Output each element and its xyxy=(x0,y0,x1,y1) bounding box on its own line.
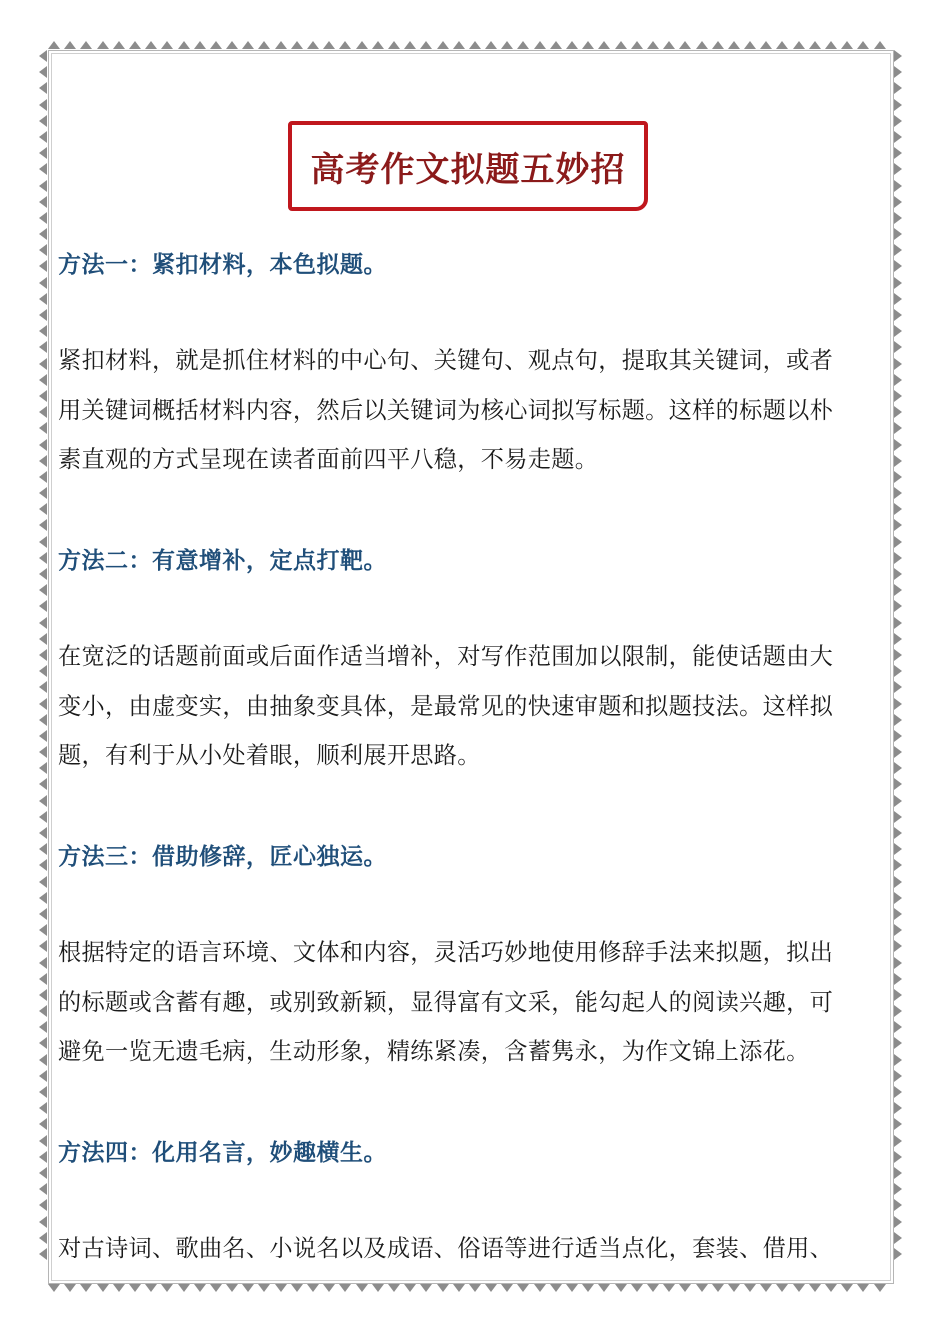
triangle-ornament-icon xyxy=(776,1284,788,1292)
triangle-ornament-icon xyxy=(39,1102,47,1114)
triangle-ornament-icon xyxy=(615,1284,627,1292)
triangle-ornament-icon xyxy=(647,41,659,49)
triangle-ornament-icon xyxy=(39,1135,47,1147)
triangle-ornament-icon xyxy=(453,1284,465,1292)
triangle-ornament-icon xyxy=(129,1284,141,1292)
triangle-ornament-icon xyxy=(39,649,47,661)
triangle-ornament-icon xyxy=(894,1151,902,1163)
triangle-ornament-icon xyxy=(857,1284,869,1292)
triangle-ornament-icon xyxy=(825,41,837,49)
triangle-ornament-icon xyxy=(39,681,47,693)
triangle-ornament-icon xyxy=(894,66,902,78)
triangle-ornament-icon xyxy=(113,1284,125,1292)
triangle-ornament-icon xyxy=(894,859,902,871)
triangle-ornament-icon xyxy=(39,503,47,515)
section-heading-4: 方法四：化用名言，妙趣横生。 xyxy=(58,1134,387,1167)
triangle-ornament-icon xyxy=(841,41,853,49)
triangle-ornament-icon xyxy=(307,41,319,49)
triangle-ornament-icon xyxy=(39,957,47,969)
triangle-ornament-icon xyxy=(894,131,902,143)
triangle-ornament-icon xyxy=(894,1054,902,1066)
triangle-ornament-icon xyxy=(39,843,47,855)
triangle-ornament-icon xyxy=(39,600,47,612)
triangle-ornament-icon xyxy=(372,1284,384,1292)
triangle-ornament-icon xyxy=(226,41,238,49)
triangle-ornament-icon xyxy=(39,1118,47,1130)
triangle-ornament-icon xyxy=(793,41,805,49)
triangle-ornament-icon xyxy=(39,633,47,645)
triangle-ornament-icon xyxy=(97,41,109,49)
triangle-ornament-icon xyxy=(894,584,902,596)
triangle-ornament-icon xyxy=(696,41,708,49)
triangle-ornament-icon xyxy=(39,827,47,839)
triangle-ornament-icon xyxy=(39,487,47,499)
triangle-ornament-icon xyxy=(582,1284,594,1292)
triangle-ornament-icon xyxy=(39,1054,47,1066)
triangle-ornament-icon xyxy=(663,41,675,49)
triangle-ornament-icon xyxy=(388,1284,400,1292)
triangle-ornament-icon xyxy=(129,41,141,49)
triangle-ornament-icon xyxy=(615,41,627,49)
triangle-ornament-icon xyxy=(894,163,902,175)
triangle-ornament-icon xyxy=(39,309,47,321)
triangle-ornament-icon xyxy=(39,536,47,548)
triangle-ornament-icon xyxy=(894,99,902,111)
triangle-ornament-icon xyxy=(39,82,47,94)
body-line: 变小，由虚变实，由抽象变具体，是最常见的快速审题和拟题技法。这样拟 xyxy=(58,682,888,732)
triangle-ornament-icon xyxy=(894,1070,902,1082)
triangle-ornament-icon xyxy=(894,924,902,936)
triangle-ornament-icon xyxy=(372,41,384,49)
triangle-ornament-icon xyxy=(894,325,902,337)
triangle-ornament-icon xyxy=(894,795,902,807)
triangle-ornament-icon xyxy=(39,940,47,952)
triangle-ornament-icon xyxy=(39,698,47,710)
triangle-ornament-icon xyxy=(39,277,47,289)
triangle-ornament-icon xyxy=(64,1284,76,1292)
body-line: 在宽泛的话题前面或后面作适当增补，对写作范围加以限制，能使话题由大 xyxy=(58,632,888,682)
triangle-ornament-icon xyxy=(894,309,902,321)
triangle-ornament-icon xyxy=(39,1216,47,1228)
triangle-ornament-icon xyxy=(744,41,756,49)
triangle-ornament-icon xyxy=(631,41,643,49)
triangle-ornament-icon xyxy=(894,973,902,985)
triangle-ornament-icon xyxy=(39,584,47,596)
triangle-ornament-icon xyxy=(39,422,47,434)
triangle-ornament-icon xyxy=(275,1284,287,1292)
triangle-ornament-icon xyxy=(388,41,400,49)
triangle-ornament-icon xyxy=(307,1284,319,1292)
triangle-ornament-icon xyxy=(178,41,190,49)
triangle-ornament-icon xyxy=(404,1284,416,1292)
section-body-1: 紧扣材料，就是抓住材料的中心句、关键句、观点句，提取其关键词，或者 用关键词概括… xyxy=(58,336,888,485)
triangle-ornament-icon xyxy=(894,698,902,710)
triangle-ornament-icon xyxy=(894,552,902,564)
triangle-ornament-icon xyxy=(894,1021,902,1033)
triangle-ornament-icon xyxy=(894,1248,902,1260)
body-line: 对古诗词、歌曲名、小说名以及成语、俗语等进行适当点化，套装、借用、 xyxy=(58,1224,888,1274)
triangle-ornament-icon xyxy=(39,795,47,807)
triangle-ornament-icon xyxy=(39,1248,47,1260)
triangle-ornament-icon xyxy=(39,973,47,985)
triangle-ornament-icon xyxy=(39,746,47,758)
triangle-ornament-icon xyxy=(39,471,47,483)
triangle-ornament-icon xyxy=(894,503,902,515)
triangle-ornament-icon xyxy=(647,1284,659,1292)
triangle-ornament-icon xyxy=(631,1284,643,1292)
triangle-ornament-icon xyxy=(485,1284,497,1292)
triangle-ornament-icon xyxy=(39,358,47,370)
triangle-ornament-icon xyxy=(894,358,902,370)
triangle-ornament-icon xyxy=(534,1284,546,1292)
triangle-ornament-icon xyxy=(39,1070,47,1082)
triangle-ornament-icon xyxy=(894,228,902,240)
triangle-ornament-icon xyxy=(242,1284,254,1292)
triangle-ornament-icon xyxy=(566,1284,578,1292)
triangle-ornament-icon xyxy=(210,41,222,49)
triangle-ornament-icon xyxy=(894,892,902,904)
triangle-ornament-icon xyxy=(39,1232,47,1244)
triangle-ornament-icon xyxy=(420,41,432,49)
triangle-ornament-icon xyxy=(894,341,902,353)
triangle-ornament-icon xyxy=(679,1284,691,1292)
triangle-ornament-icon xyxy=(39,1151,47,1163)
triangle-ornament-icon xyxy=(894,1086,902,1098)
frame-bottom-ornament xyxy=(48,1284,890,1294)
triangle-ornament-icon xyxy=(39,730,47,742)
triangle-ornament-icon xyxy=(39,196,47,208)
triangle-ornament-icon xyxy=(894,940,902,952)
triangle-ornament-icon xyxy=(894,762,902,774)
triangle-ornament-icon xyxy=(39,99,47,111)
triangle-ornament-icon xyxy=(469,41,481,49)
triangle-ornament-icon xyxy=(894,196,902,208)
triangle-ornament-icon xyxy=(598,1284,610,1292)
triangle-ornament-icon xyxy=(894,908,902,920)
triangle-ornament-icon xyxy=(226,1284,238,1292)
triangle-ornament-icon xyxy=(517,1284,529,1292)
triangle-ornament-icon xyxy=(894,730,902,742)
triangle-ornament-icon xyxy=(194,41,206,49)
page-title: 高考作文拟题五妙招 xyxy=(311,142,626,191)
triangle-ornament-icon xyxy=(437,1284,449,1292)
triangle-ornament-icon xyxy=(894,746,902,758)
triangle-ornament-icon xyxy=(793,1284,805,1292)
triangle-ornament-icon xyxy=(894,1232,902,1244)
triangle-ornament-icon xyxy=(48,41,60,49)
triangle-ornament-icon xyxy=(145,1284,157,1292)
triangle-ornament-icon xyxy=(501,1284,513,1292)
body-line: 避免一览无遗毛病，生动形象，精练紧凑，含蓄隽永，为作文锦上添花。 xyxy=(58,1027,888,1077)
triangle-ornament-icon xyxy=(80,41,92,49)
triangle-ornament-icon xyxy=(339,41,351,49)
triangle-ornament-icon xyxy=(39,908,47,920)
triangle-ornament-icon xyxy=(113,41,125,49)
triangle-ornament-icon xyxy=(534,41,546,49)
section-heading-3: 方法三：借助修辞，匠心独运。 xyxy=(58,838,387,871)
triangle-ornament-icon xyxy=(39,568,47,580)
triangle-ornament-icon xyxy=(894,681,902,693)
triangle-ornament-icon xyxy=(39,115,47,127)
triangle-ornament-icon xyxy=(437,41,449,49)
triangle-ornament-icon xyxy=(894,665,902,677)
triangle-ornament-icon xyxy=(894,147,902,159)
triangle-ornament-icon xyxy=(39,50,47,62)
triangle-ornament-icon xyxy=(744,1284,756,1292)
triangle-ornament-icon xyxy=(80,1284,92,1292)
triangle-ornament-icon xyxy=(874,41,886,49)
triangle-ornament-icon xyxy=(39,859,47,871)
triangle-ornament-icon xyxy=(809,41,821,49)
triangle-ornament-icon xyxy=(894,778,902,790)
triangle-ornament-icon xyxy=(64,41,76,49)
triangle-ornament-icon xyxy=(894,115,902,127)
triangle-ornament-icon xyxy=(469,1284,481,1292)
triangle-ornament-icon xyxy=(258,1284,270,1292)
section-heading-2: 方法二：有意增补，定点打靶。 xyxy=(58,542,387,575)
triangle-ornament-icon xyxy=(275,41,287,49)
triangle-ornament-icon xyxy=(39,260,47,272)
triangle-ornament-icon xyxy=(894,843,902,855)
triangle-ornament-icon xyxy=(39,390,47,402)
triangle-ornament-icon xyxy=(178,1284,190,1292)
triangle-ornament-icon xyxy=(39,1167,47,1179)
triangle-ornament-icon xyxy=(501,41,513,49)
triangle-ornament-icon xyxy=(894,957,902,969)
triangle-ornament-icon xyxy=(39,665,47,677)
triangle-ornament-icon xyxy=(728,41,740,49)
triangle-ornament-icon xyxy=(161,1284,173,1292)
triangle-ornament-icon xyxy=(39,1021,47,1033)
section-body-3: 根据特定的语言环境、文体和内容，灵活巧妙地使用修辞手法来拟题，拟出 的标题或含蓄… xyxy=(58,928,888,1077)
triangle-ornament-icon xyxy=(894,244,902,256)
triangle-ornament-icon xyxy=(894,1183,902,1195)
triangle-ornament-icon xyxy=(894,519,902,531)
triangle-ornament-icon xyxy=(356,41,368,49)
triangle-ornament-icon xyxy=(39,1005,47,1017)
triangle-ornament-icon xyxy=(894,617,902,629)
triangle-ornament-icon xyxy=(894,471,902,483)
triangle-ornament-icon xyxy=(339,1284,351,1292)
triangle-ornament-icon xyxy=(39,244,47,256)
triangle-ornament-icon xyxy=(39,1199,47,1211)
triangle-ornament-icon xyxy=(582,41,594,49)
triangle-ornament-icon xyxy=(894,600,902,612)
triangle-ornament-icon xyxy=(894,633,902,645)
triangle-ornament-icon xyxy=(894,180,902,192)
triangle-ornament-icon xyxy=(760,1284,772,1292)
triangle-ornament-icon xyxy=(894,50,902,62)
triangle-ornament-icon xyxy=(39,714,47,726)
triangle-ornament-icon xyxy=(894,439,902,451)
triangle-ornament-icon xyxy=(291,41,303,49)
triangle-ornament-icon xyxy=(356,1284,368,1292)
body-line: 素直观的方式呈现在读者面前四平八稳，不易走题。 xyxy=(58,435,888,485)
triangle-ornament-icon xyxy=(404,41,416,49)
triangle-ornament-icon xyxy=(39,293,47,305)
triangle-ornament-icon xyxy=(453,41,465,49)
triangle-ornament-icon xyxy=(39,924,47,936)
section-heading-1: 方法一：紧扣材料，本色拟题。 xyxy=(58,246,387,279)
triangle-ornament-icon xyxy=(894,455,902,467)
triangle-ornament-icon xyxy=(894,1135,902,1147)
triangle-ornament-icon xyxy=(894,390,902,402)
triangle-ornament-icon xyxy=(39,876,47,888)
triangle-ornament-icon xyxy=(894,568,902,580)
triangle-ornament-icon xyxy=(809,1284,821,1292)
triangle-ornament-icon xyxy=(894,649,902,661)
triangle-ornament-icon xyxy=(894,536,902,548)
triangle-ornament-icon xyxy=(894,212,902,224)
triangle-ornament-icon xyxy=(39,439,47,451)
triangle-ornament-icon xyxy=(39,811,47,823)
triangle-ornament-icon xyxy=(39,617,47,629)
triangle-ornament-icon xyxy=(894,876,902,888)
triangle-ornament-icon xyxy=(39,552,47,564)
triangle-ornament-icon xyxy=(760,41,772,49)
triangle-ornament-icon xyxy=(776,41,788,49)
triangle-ornament-icon xyxy=(145,41,157,49)
triangle-ornament-icon xyxy=(550,41,562,49)
triangle-ornament-icon xyxy=(894,260,902,272)
triangle-ornament-icon xyxy=(420,1284,432,1292)
body-line: 根据特定的语言环境、文体和内容，灵活巧妙地使用修辞手法来拟题，拟出 xyxy=(58,928,888,978)
triangle-ornament-icon xyxy=(894,989,902,1001)
triangle-ornament-icon xyxy=(696,1284,708,1292)
triangle-ornament-icon xyxy=(894,1216,902,1228)
triangle-ornament-icon xyxy=(894,374,902,386)
triangle-ornament-icon xyxy=(39,212,47,224)
triangle-ornament-icon xyxy=(894,714,902,726)
triangle-ornament-icon xyxy=(857,41,869,49)
triangle-ornament-icon xyxy=(39,455,47,467)
section-body-2: 在宽泛的话题前面或后面作适当增补，对写作范围加以限制，能使话题由大 变小，由虚变… xyxy=(58,632,888,781)
triangle-ornament-icon xyxy=(323,1284,335,1292)
triangle-ornament-icon xyxy=(39,989,47,1001)
triangle-ornament-icon xyxy=(39,406,47,418)
triangle-ornament-icon xyxy=(894,293,902,305)
triangle-ornament-icon xyxy=(894,1167,902,1179)
triangle-ornament-icon xyxy=(39,341,47,353)
triangle-ornament-icon xyxy=(161,41,173,49)
title-box: 高考作文拟题五妙招 xyxy=(288,121,648,211)
triangle-ornament-icon xyxy=(39,66,47,78)
triangle-ornament-icon xyxy=(894,422,902,434)
body-line: 用关键词概括材料内容，然后以关键词为核心词拟写标题。这样的标题以朴 xyxy=(58,386,888,436)
triangle-ornament-icon xyxy=(39,762,47,774)
triangle-ornament-icon xyxy=(712,1284,724,1292)
triangle-ornament-icon xyxy=(679,41,691,49)
triangle-ornament-icon xyxy=(894,82,902,94)
triangle-ornament-icon xyxy=(566,41,578,49)
triangle-ornament-icon xyxy=(894,827,902,839)
triangle-ornament-icon xyxy=(712,41,724,49)
body-line: 的标题或含蓄有趣，或别致新颖，显得富有文采，能勾起人的阅读兴趣，可 xyxy=(58,978,888,1028)
body-line: 题，有利于从小处着眼，顺利展开思路。 xyxy=(58,731,888,781)
triangle-ornament-icon xyxy=(894,1005,902,1017)
triangle-ornament-icon xyxy=(39,778,47,790)
triangle-ornament-icon xyxy=(242,41,254,49)
triangle-ornament-icon xyxy=(894,1102,902,1114)
triangle-ornament-icon xyxy=(39,374,47,386)
body-line: 紧扣材料，就是抓住材料的中心句、关键句、观点句，提取其关键词，或者 xyxy=(58,336,888,386)
triangle-ornament-icon xyxy=(894,406,902,418)
triangle-ornament-icon xyxy=(841,1284,853,1292)
triangle-ornament-icon xyxy=(210,1284,222,1292)
triangle-ornament-icon xyxy=(663,1284,675,1292)
triangle-ornament-icon xyxy=(825,1284,837,1292)
triangle-ornament-icon xyxy=(258,41,270,49)
triangle-ornament-icon xyxy=(39,1086,47,1098)
triangle-ornament-icon xyxy=(485,41,497,49)
triangle-ornament-icon xyxy=(894,487,902,499)
triangle-ornament-icon xyxy=(39,1183,47,1195)
triangle-ornament-icon xyxy=(894,811,902,823)
triangle-ornament-icon xyxy=(894,1199,902,1211)
triangle-ornament-icon xyxy=(894,1037,902,1049)
triangle-ornament-icon xyxy=(194,1284,206,1292)
frame-right-ornament xyxy=(894,50,904,1264)
triangle-ornament-icon xyxy=(39,519,47,531)
triangle-ornament-icon xyxy=(39,892,47,904)
triangle-ornament-icon xyxy=(874,1284,886,1292)
triangle-ornament-icon xyxy=(39,1037,47,1049)
triangle-ornament-icon xyxy=(39,180,47,192)
triangle-ornament-icon xyxy=(894,1118,902,1130)
triangle-ornament-icon xyxy=(39,325,47,337)
triangle-ornament-icon xyxy=(39,147,47,159)
triangle-ornament-icon xyxy=(517,41,529,49)
triangle-ornament-icon xyxy=(550,1284,562,1292)
triangle-ornament-icon xyxy=(39,131,47,143)
triangle-ornament-icon xyxy=(728,1284,740,1292)
triangle-ornament-icon xyxy=(598,41,610,49)
triangle-ornament-icon xyxy=(323,41,335,49)
triangle-ornament-icon xyxy=(97,1284,109,1292)
triangle-ornament-icon xyxy=(291,1284,303,1292)
section-body-4: 对古诗词、歌曲名、小说名以及成语、俗语等进行适当点化，套装、借用、 xyxy=(58,1224,888,1274)
triangle-ornament-icon xyxy=(39,228,47,240)
triangle-ornament-icon xyxy=(894,277,902,289)
triangle-ornament-icon xyxy=(39,163,47,175)
triangle-ornament-icon xyxy=(48,1284,60,1292)
